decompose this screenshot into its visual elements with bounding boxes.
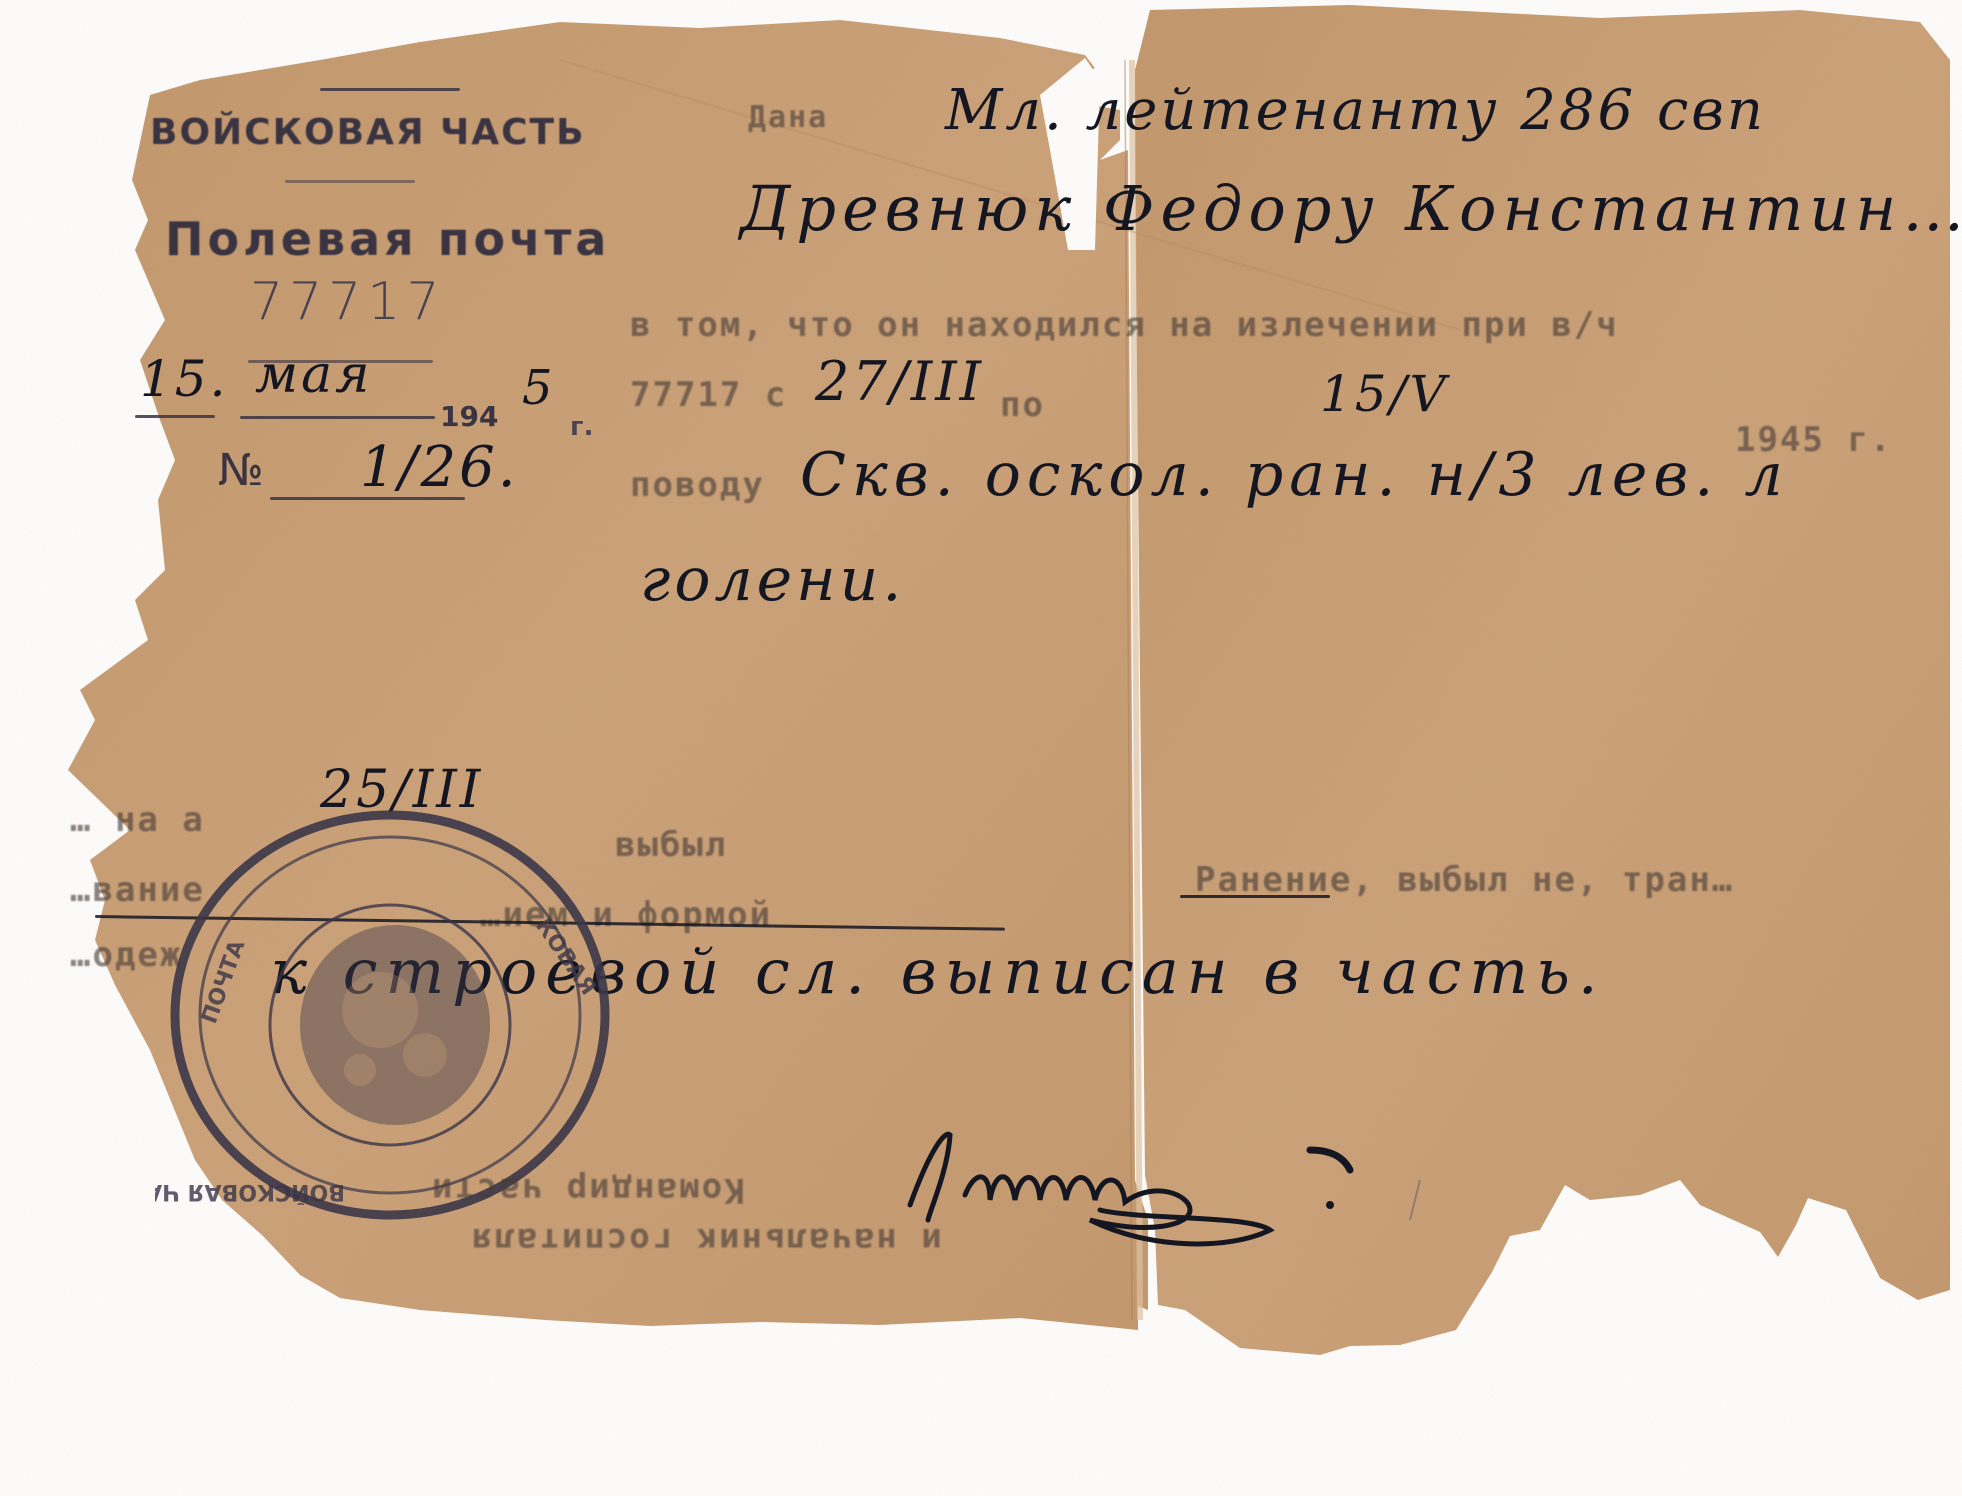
body-typed-to: по	[1000, 385, 1045, 425]
handwritten-signature	[890, 1110, 1590, 1270]
svg-text:ПОЧТА: ПОЧТА	[197, 937, 250, 1027]
lower-typed-mid-1: выбыл	[615, 825, 727, 865]
body-typed-unit: 77717 с	[630, 375, 787, 415]
official-round-stamp: ПОЧТА КОВАЯ ВОЙСКОВАЯ ЧАСТЬ	[155, 785, 625, 1225]
recipient-name: Древнюк Федору Константин…	[740, 172, 1962, 245]
year-suffix: г.	[570, 412, 593, 442]
issue-date-month: мая	[255, 345, 373, 405]
date-overline	[248, 360, 433, 363]
year-handwritten: 5	[522, 360, 556, 416]
diagnosis-line-2: голени.	[640, 545, 905, 615]
body-typed-line-1: в том, что он находился на излечении при…	[630, 305, 1619, 345]
state-emblem-icon	[300, 925, 490, 1125]
unit-label: ВОЙСКОВАЯ ЧАСТЬ	[150, 112, 586, 153]
recipient-prefix: Дана	[748, 100, 828, 135]
signature-typed-line-1: Командир части	[430, 1170, 745, 1210]
date-underline	[240, 416, 435, 419]
number-label: №	[218, 445, 264, 496]
recipient-rank-unit: Мл. лейтенанту 286 свп	[945, 78, 1766, 143]
body-typed-reason: поводу	[630, 465, 765, 505]
issue-date-day: 15.	[140, 350, 229, 408]
field-post-number: 77717	[250, 272, 445, 332]
svg-text:КОВАЯ: КОВАЯ	[530, 914, 601, 1000]
lower-typed-right-1: Ранение, выбыл не, тран…	[1195, 860, 1734, 900]
date-underline	[135, 415, 215, 418]
header-rule	[320, 88, 460, 91]
signature-typed-line-2: и начальник госпиталя	[470, 1220, 942, 1260]
year-printed: 194	[440, 400, 498, 433]
field-post-label: Полевая почта	[165, 212, 610, 266]
svg-text:ВОЙСКОВАЯ ЧАСТЬ: ВОЙСКОВАЯ ЧАСТЬ	[155, 1179, 345, 1205]
number-value: 1/26.	[360, 435, 519, 500]
header-rule	[285, 180, 415, 183]
diagnosis-line-1: Скв. оскол. ран. н/3 лев. л	[800, 440, 1789, 510]
ranenie-underline	[1180, 895, 1330, 898]
treatment-date-to: 15/V	[1320, 365, 1449, 423]
treatment-date-from: 27/III	[815, 350, 984, 413]
number-underline	[270, 497, 465, 500]
